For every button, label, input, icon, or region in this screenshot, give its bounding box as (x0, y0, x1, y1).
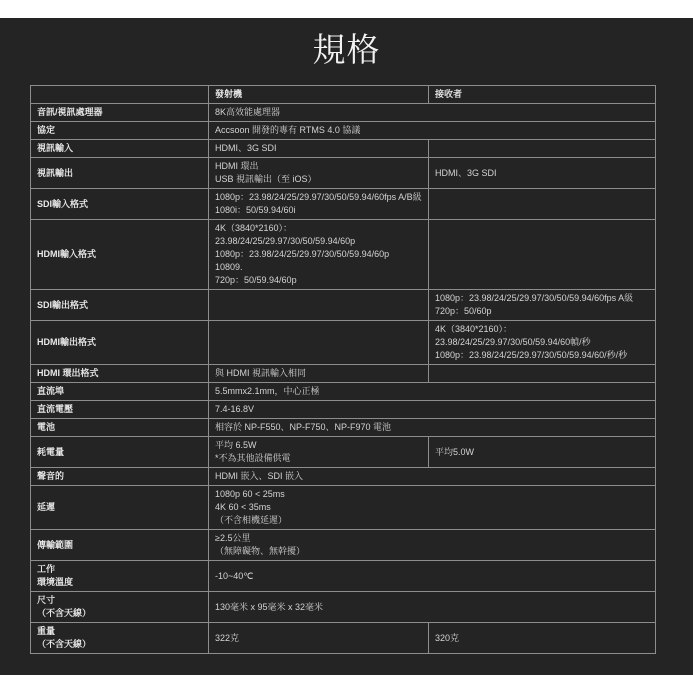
spec-value-receiver-cell (429, 365, 656, 383)
spec-label-cell: 音訊/視訊處理器 (31, 104, 209, 122)
spec-value-shared-cell: -10~40℃ (209, 561, 656, 592)
table-row: 電池 相容於 NP-F550、NP-F750、NP-F970 電池 (31, 419, 656, 437)
table-row: HDMI 環出格式 與 HDMI 視訊輸入相同 (31, 365, 656, 383)
spec-section: 規格 發射機 接收者 音訊/視訊處理器 8K高效能處理器 協定 Accsoon … (0, 18, 693, 675)
spec-label-cell: HDMI 環出格式 (31, 365, 209, 383)
spec-label-cell: 尺寸 （不含天線） (31, 592, 209, 623)
spec-label-cell: 視訊輸出 (31, 158, 209, 189)
spec-value-shared-cell: 1080p 60 < 25ms 4K 60 < 35ms （不含相機延遲） (209, 486, 656, 530)
table-row: 音訊/視訊處理器 8K高效能處理器 (31, 104, 656, 122)
spec-value-shared-cell: 5.5mmx2.1mm，中心正極 (209, 383, 656, 401)
spec-value-shared-cell: HDMI 嵌入、SDI 嵌入 (209, 468, 656, 486)
spec-value-transmitter-cell: 平均 6.5W *不為其他設備供電 (209, 437, 429, 468)
spec-value-receiver-cell: 1080p：23.98/24/25/29.97/30/50/59.94/60fp… (429, 290, 656, 321)
spec-value-receiver-cell (429, 189, 656, 220)
spec-label-cell: 視訊輸入 (31, 140, 209, 158)
page-title: 規格 (0, 30, 693, 70)
spec-value-transmitter-cell: 1080p：23.98/24/25/29.97/30/50/59.94/60fp… (209, 189, 429, 220)
table-row: 延遲 1080p 60 < 25ms 4K 60 < 35ms （不含相機延遲） (31, 486, 656, 530)
spec-label-cell: 工作 環境溫度 (31, 561, 209, 592)
table-header-row: 發射機 接收者 (31, 86, 656, 104)
spec-label-cell: 直流電壓 (31, 401, 209, 419)
spec-value-receiver-cell: 平均5.0W (429, 437, 656, 468)
spec-value-receiver-cell (429, 220, 656, 290)
spec-value-receiver-cell: HDMI、3G SDI (429, 158, 656, 189)
table-row: SDI輸出格式 1080p：23.98/24/25/29.97/30/50/59… (31, 290, 656, 321)
spec-label-cell: 協定 (31, 122, 209, 140)
table-row: 傳輸範圍 ≥2.5公里 （無障礙物、無幹擾） (31, 530, 656, 561)
spec-label-cell: 重量 （不含天線） (31, 623, 209, 654)
spec-label-cell: SDI輸入格式 (31, 189, 209, 220)
spec-label-cell: 耗電量 (31, 437, 209, 468)
spec-label-cell: 延遲 (31, 486, 209, 530)
spec-value-transmitter-cell: 322克 (209, 623, 429, 654)
spec-value-transmitter-cell: 4K（3840*2160）： 23.98/24/25/29.97/30/50/5… (209, 220, 429, 290)
spec-value-shared-cell: Accsoon 開發的專有 RTMS 4.0 協議 (209, 122, 656, 140)
spec-value-shared-cell: 8K高效能處理器 (209, 104, 656, 122)
table-row: 視訊輸入 HDMI、3G SDI (31, 140, 656, 158)
table-row: 尺寸 （不含天線） 130毫米 x 95毫米 x 32毫米 (31, 592, 656, 623)
spec-label-cell: HDMI輸入格式 (31, 220, 209, 290)
table-row: 直流電壓 7.4-16.8V (31, 401, 656, 419)
spec-value-receiver-cell (429, 140, 656, 158)
spec-table: 發射機 接收者 音訊/視訊處理器 8K高效能處理器 協定 Accsoon 開發的… (30, 85, 656, 654)
feature-column-header (31, 86, 209, 104)
spec-value-shared-cell: ≥2.5公里 （無障礙物、無幹擾） (209, 530, 656, 561)
table-row: 工作 環境溫度 -10~40℃ (31, 561, 656, 592)
spec-value-transmitter-cell: HDMI、3G SDI (209, 140, 429, 158)
table-row: HDMI輸入格式 4K（3840*2160）： 23.98/24/25/29.9… (31, 220, 656, 290)
spec-value-shared-cell: 7.4-16.8V (209, 401, 656, 419)
table-row: SDI輸入格式 1080p：23.98/24/25/29.97/30/50/59… (31, 189, 656, 220)
table-row: 直流埠 5.5mmx2.1mm，中心正極 (31, 383, 656, 401)
table-row: 視訊輸出 HDMI 環出 USB 視訊輸出（至 iOS） HDMI、3G SDI (31, 158, 656, 189)
spec-value-receiver-cell: 4K（3840*2160）： 23.98/24/25/29.97/30/50/5… (429, 321, 656, 365)
table-row: 協定 Accsoon 開發的專有 RTMS 4.0 協議 (31, 122, 656, 140)
spec-label-cell: 直流埠 (31, 383, 209, 401)
spec-value-transmitter-cell (209, 290, 429, 321)
table-row: 聲音的 HDMI 嵌入、SDI 嵌入 (31, 468, 656, 486)
spec-label-cell: 傳輸範圍 (31, 530, 209, 561)
table-row: 耗電量 平均 6.5W *不為其他設備供電 平均5.0W (31, 437, 656, 468)
spec-label-cell: 聲音的 (31, 468, 209, 486)
spec-label-cell: HDMI輸出格式 (31, 321, 209, 365)
spec-label-cell: SDI輸出格式 (31, 290, 209, 321)
transmitter-column-header: 發射機 (209, 86, 429, 104)
spec-value-transmitter-cell: 與 HDMI 視訊輸入相同 (209, 365, 429, 383)
spec-value-shared-cell: 130毫米 x 95毫米 x 32毫米 (209, 592, 656, 623)
spec-value-transmitter-cell (209, 321, 429, 365)
table-row: HDMI輸出格式 4K（3840*2160）： 23.98/24/25/29.9… (31, 321, 656, 365)
receiver-column-header: 接收者 (429, 86, 656, 104)
spec-value-receiver-cell: 320克 (429, 623, 656, 654)
spec-value-shared-cell: 相容於 NP-F550、NP-F750、NP-F970 電池 (209, 419, 656, 437)
table-row: 重量 （不含天線） 322克 320克 (31, 623, 656, 654)
spec-label-cell: 電池 (31, 419, 209, 437)
spec-value-transmitter-cell: HDMI 環出 USB 視訊輸出（至 iOS） (209, 158, 429, 189)
